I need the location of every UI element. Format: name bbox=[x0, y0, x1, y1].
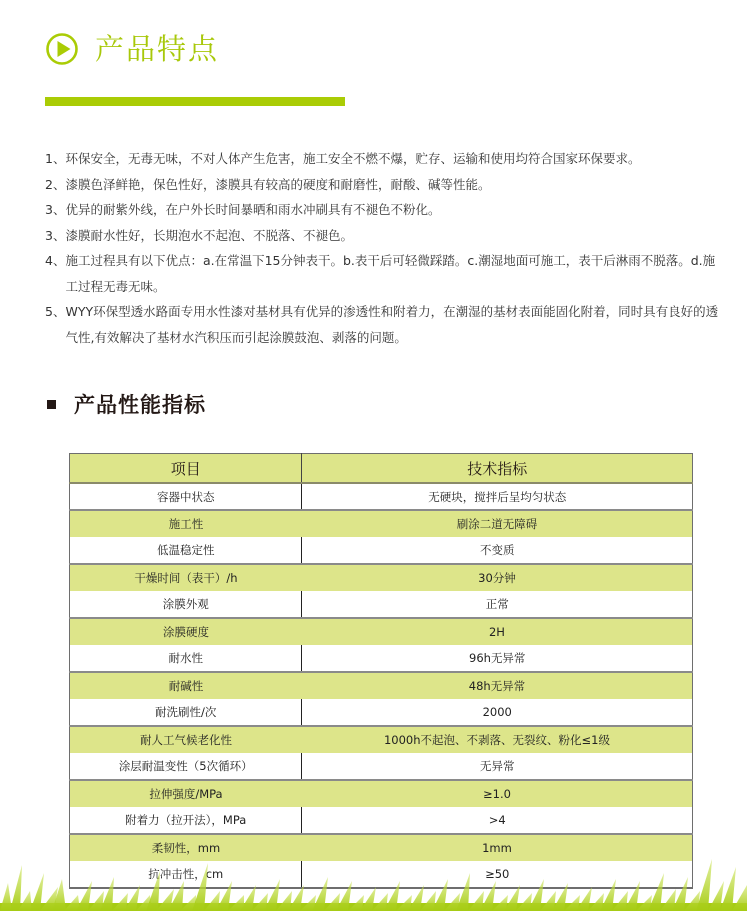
feature-item: 2、漆膜色泽鲜艳，保色性好，漆膜具有较高的硬度和耐磨性，耐酸、碱等性能。 bbox=[45, 172, 725, 198]
title-underline-bar bbox=[45, 97, 345, 106]
table-row: 涂膜外观正常 bbox=[70, 591, 693, 618]
table-row: 耐碱性48h无异常 bbox=[70, 672, 693, 699]
feature-item: 4、施工过程具有以下优点：a.在常温下15分钟表干。b.表干后可轻微踩踏。c.潮… bbox=[45, 248, 725, 299]
column-header-spec: 技术指标 bbox=[302, 454, 693, 484]
table-row: 涂膜硬度2H bbox=[70, 618, 693, 645]
page-title: 产品特点 bbox=[95, 28, 219, 70]
section-heading: 产品性能指标 bbox=[47, 389, 206, 419]
table-row: 拉伸强度/MPa≥1.0 bbox=[70, 780, 693, 807]
feature-item: 3、优异的耐紫外线，在户外长时间暴晒和雨水冲刷具有不褪色不粉化。 bbox=[45, 197, 725, 223]
spec-table: 项目 技术指标 容器中状态无硬块，搅拌后呈均匀状态 施工性刷涂二道无障碍 低温稳… bbox=[69, 453, 693, 889]
table-row: 容器中状态无硬块，搅拌后呈均匀状态 bbox=[70, 483, 693, 510]
feature-item: 5、WYY环保型透水路面专用水性漆对基材具有优异的渗透性和附着力，在潮湿的基材表… bbox=[45, 299, 725, 350]
play-circle-icon bbox=[45, 32, 79, 66]
table-row: 涂层耐温变性（5次循环）无异常 bbox=[70, 753, 693, 780]
feature-item: 3、漆膜耐水性好，长期泡水不起泡、不脱落、不褪色。 bbox=[45, 223, 725, 249]
table-row: 附着力（拉开法），MPa>4 bbox=[70, 807, 693, 834]
table-row: 耐人工气候老化性1000h不起泡、不剥落、无裂纹、粉化≤1级 bbox=[70, 726, 693, 753]
section-title: 产品性能指标 bbox=[74, 389, 206, 419]
square-bullet-icon bbox=[47, 400, 56, 409]
table-row: 耐洗刷性/次2000 bbox=[70, 699, 693, 726]
table-row: 柔韧性，mm1mm bbox=[70, 834, 693, 861]
table-row: 干燥时间（表干）/h30分钟 bbox=[70, 564, 693, 591]
table-row: 施工性刷涂二道无障碍 bbox=[70, 510, 693, 537]
feature-list: 1、环保安全，无毒无味，不对人体产生危害，施工安全不燃不爆，贮存、运输和使用均符… bbox=[45, 146, 725, 350]
feature-title: 产品特点 bbox=[45, 28, 219, 70]
column-header-item: 项目 bbox=[70, 454, 302, 484]
table-header-row: 项目 技术指标 bbox=[70, 454, 693, 484]
table-row: 耐水性96h无异常 bbox=[70, 645, 693, 672]
table-row: 低温稳定性不变质 bbox=[70, 537, 693, 564]
table-row: 抗冲击性，cm≥50 bbox=[70, 861, 693, 888]
feature-item: 1、环保安全，无毒无味，不对人体产生危害，施工安全不燃不爆，贮存、运输和使用均符… bbox=[45, 146, 725, 172]
